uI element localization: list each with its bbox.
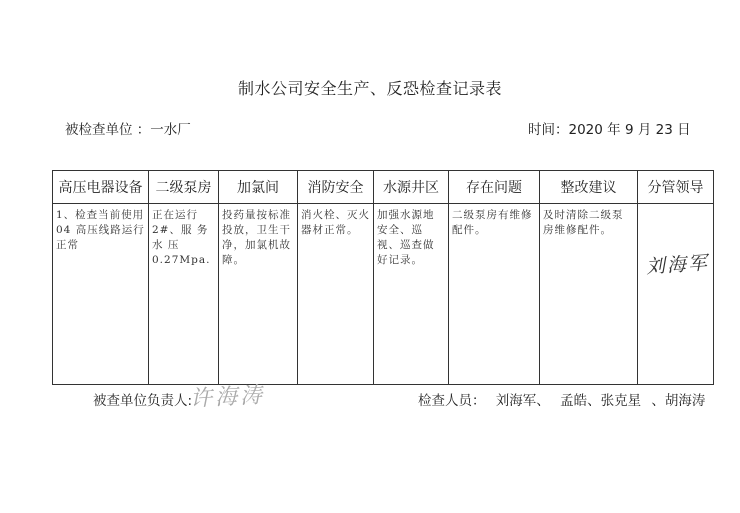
inspectors-names: 刘海军、 孟皓、张克星 、胡海涛 [496,393,706,409]
inspectors-label: 检查人员： [418,393,486,409]
cell-pump-room: 正在运行 2#、服 务 水 压 0.27Mpa. [149,204,219,385]
table-row: 1、检查当前使用04 高压线路运行正常 正在运行 2#、服 务 水 压 0.27… [53,204,714,385]
document-title: 制水公司安全生产、反恐检查记录表 [0,76,740,99]
cell-chlorination-room: 投药量按标准投放，卫生干净，加氯机故障。 [219,204,298,385]
header-pump-room: 二级泵房 [149,171,219,204]
inspection-record-table: 高压电器设备 二级泵房 加氯间 消防安全 水源井区 存在问题 整改建议 分管领导… [52,170,714,385]
cell-hv-equipment: 1、检查当前使用04 高压线路运行正常 [53,204,149,385]
header-chlorination-room: 加氯间 [219,171,298,204]
cell-problems: 二级泵房有维修配件。 [449,204,540,385]
header-hv-equipment: 高压电器设备 [53,171,149,204]
leader-signature: 刘海军 [646,256,710,275]
header-leader: 分管领导 [638,171,714,204]
inspected-unit: 被检查单位 ：一水厂 [65,118,191,138]
inspectors: 检查人员： 刘海军、 孟皓、张克星 、胡海涛 [418,389,705,409]
responsible-signature: 许海涛 [189,378,266,413]
header-fire-safety: 消防安全 [298,171,374,204]
inspection-date: 时间：2020 年 9 月 23 日 [528,118,691,138]
cell-suggestions: 及时清除二级泵房维修配件。 [540,204,638,385]
cell-leader: 刘海军 [638,204,714,385]
header-problems: 存在问题 [449,171,540,204]
responsible-person-label: 被查单位负责人: [93,389,192,409]
cell-fire-safety: 消火栓、灭火器材正常。 [298,204,374,385]
header-suggestions: 整改建议 [540,171,638,204]
cell-water-source: 加强水源地安全、巡视、巡查做好记录。 [374,204,449,385]
table-header-row: 高压电器设备 二级泵房 加氯间 消防安全 水源井区 存在问题 整改建议 分管领导 [53,171,714,204]
header-water-source: 水源井区 [374,171,449,204]
